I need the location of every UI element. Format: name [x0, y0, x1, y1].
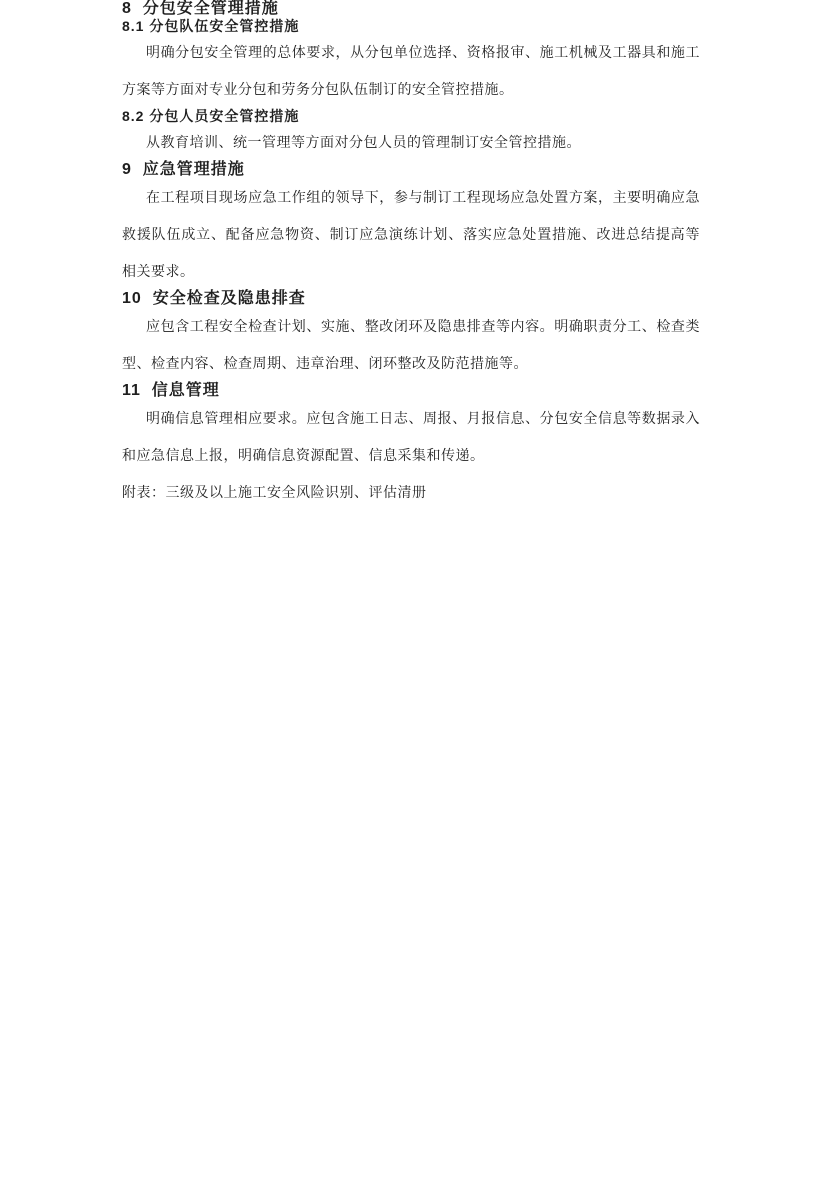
subsection-heading-8-1: 8.1 分包队伍安全管控措施 — [122, 18, 700, 34]
section-9-paragraph: 在工程项目现场应急工作组的领导下，参与制订工程现场应急处置方案，主要明确应急救援… — [122, 179, 700, 290]
section-heading-8: 8 分包安全管理措施 — [122, 0, 700, 18]
subsection-8-1-paragraph: 明确分包安全管理的总体要求，从分包单位选择、资格报审、施工机械及工器具和施工方案… — [122, 34, 700, 108]
section-11-paragraph: 明确信息管理相应要求。应包含施工日志、周报、月报信息、分包安全信息等数据录入和应… — [122, 400, 700, 474]
subsection-heading-8-2: 8.2 分包人员安全管控措施 — [122, 108, 700, 124]
appendix-note: 附表：三级及以上施工安全风险识别、评估清册 — [122, 474, 700, 511]
section-heading-11: 11 信息管理 — [122, 382, 700, 400]
section-heading-9: 9 应急管理措施 — [122, 161, 700, 179]
section-heading-10: 10 安全检查及隐患排查 — [122, 290, 700, 308]
document-content: 8 分包安全管理措施 8.1 分包队伍安全管控措施 明确分包安全管理的总体要求，… — [122, 0, 700, 511]
subsection-8-2-paragraph: 从教育培训、统一管理等方面对分包人员的管理制订安全管控措施。 — [122, 124, 700, 161]
document-page: 8 分包安全管理措施 8.1 分包队伍安全管控措施 明确分包安全管理的总体要求，… — [0, 0, 838, 1186]
section-10-paragraph: 应包含工程安全检查计划、实施、整改闭环及隐患排查等内容。明确职责分工、检查类型、… — [122, 308, 700, 382]
